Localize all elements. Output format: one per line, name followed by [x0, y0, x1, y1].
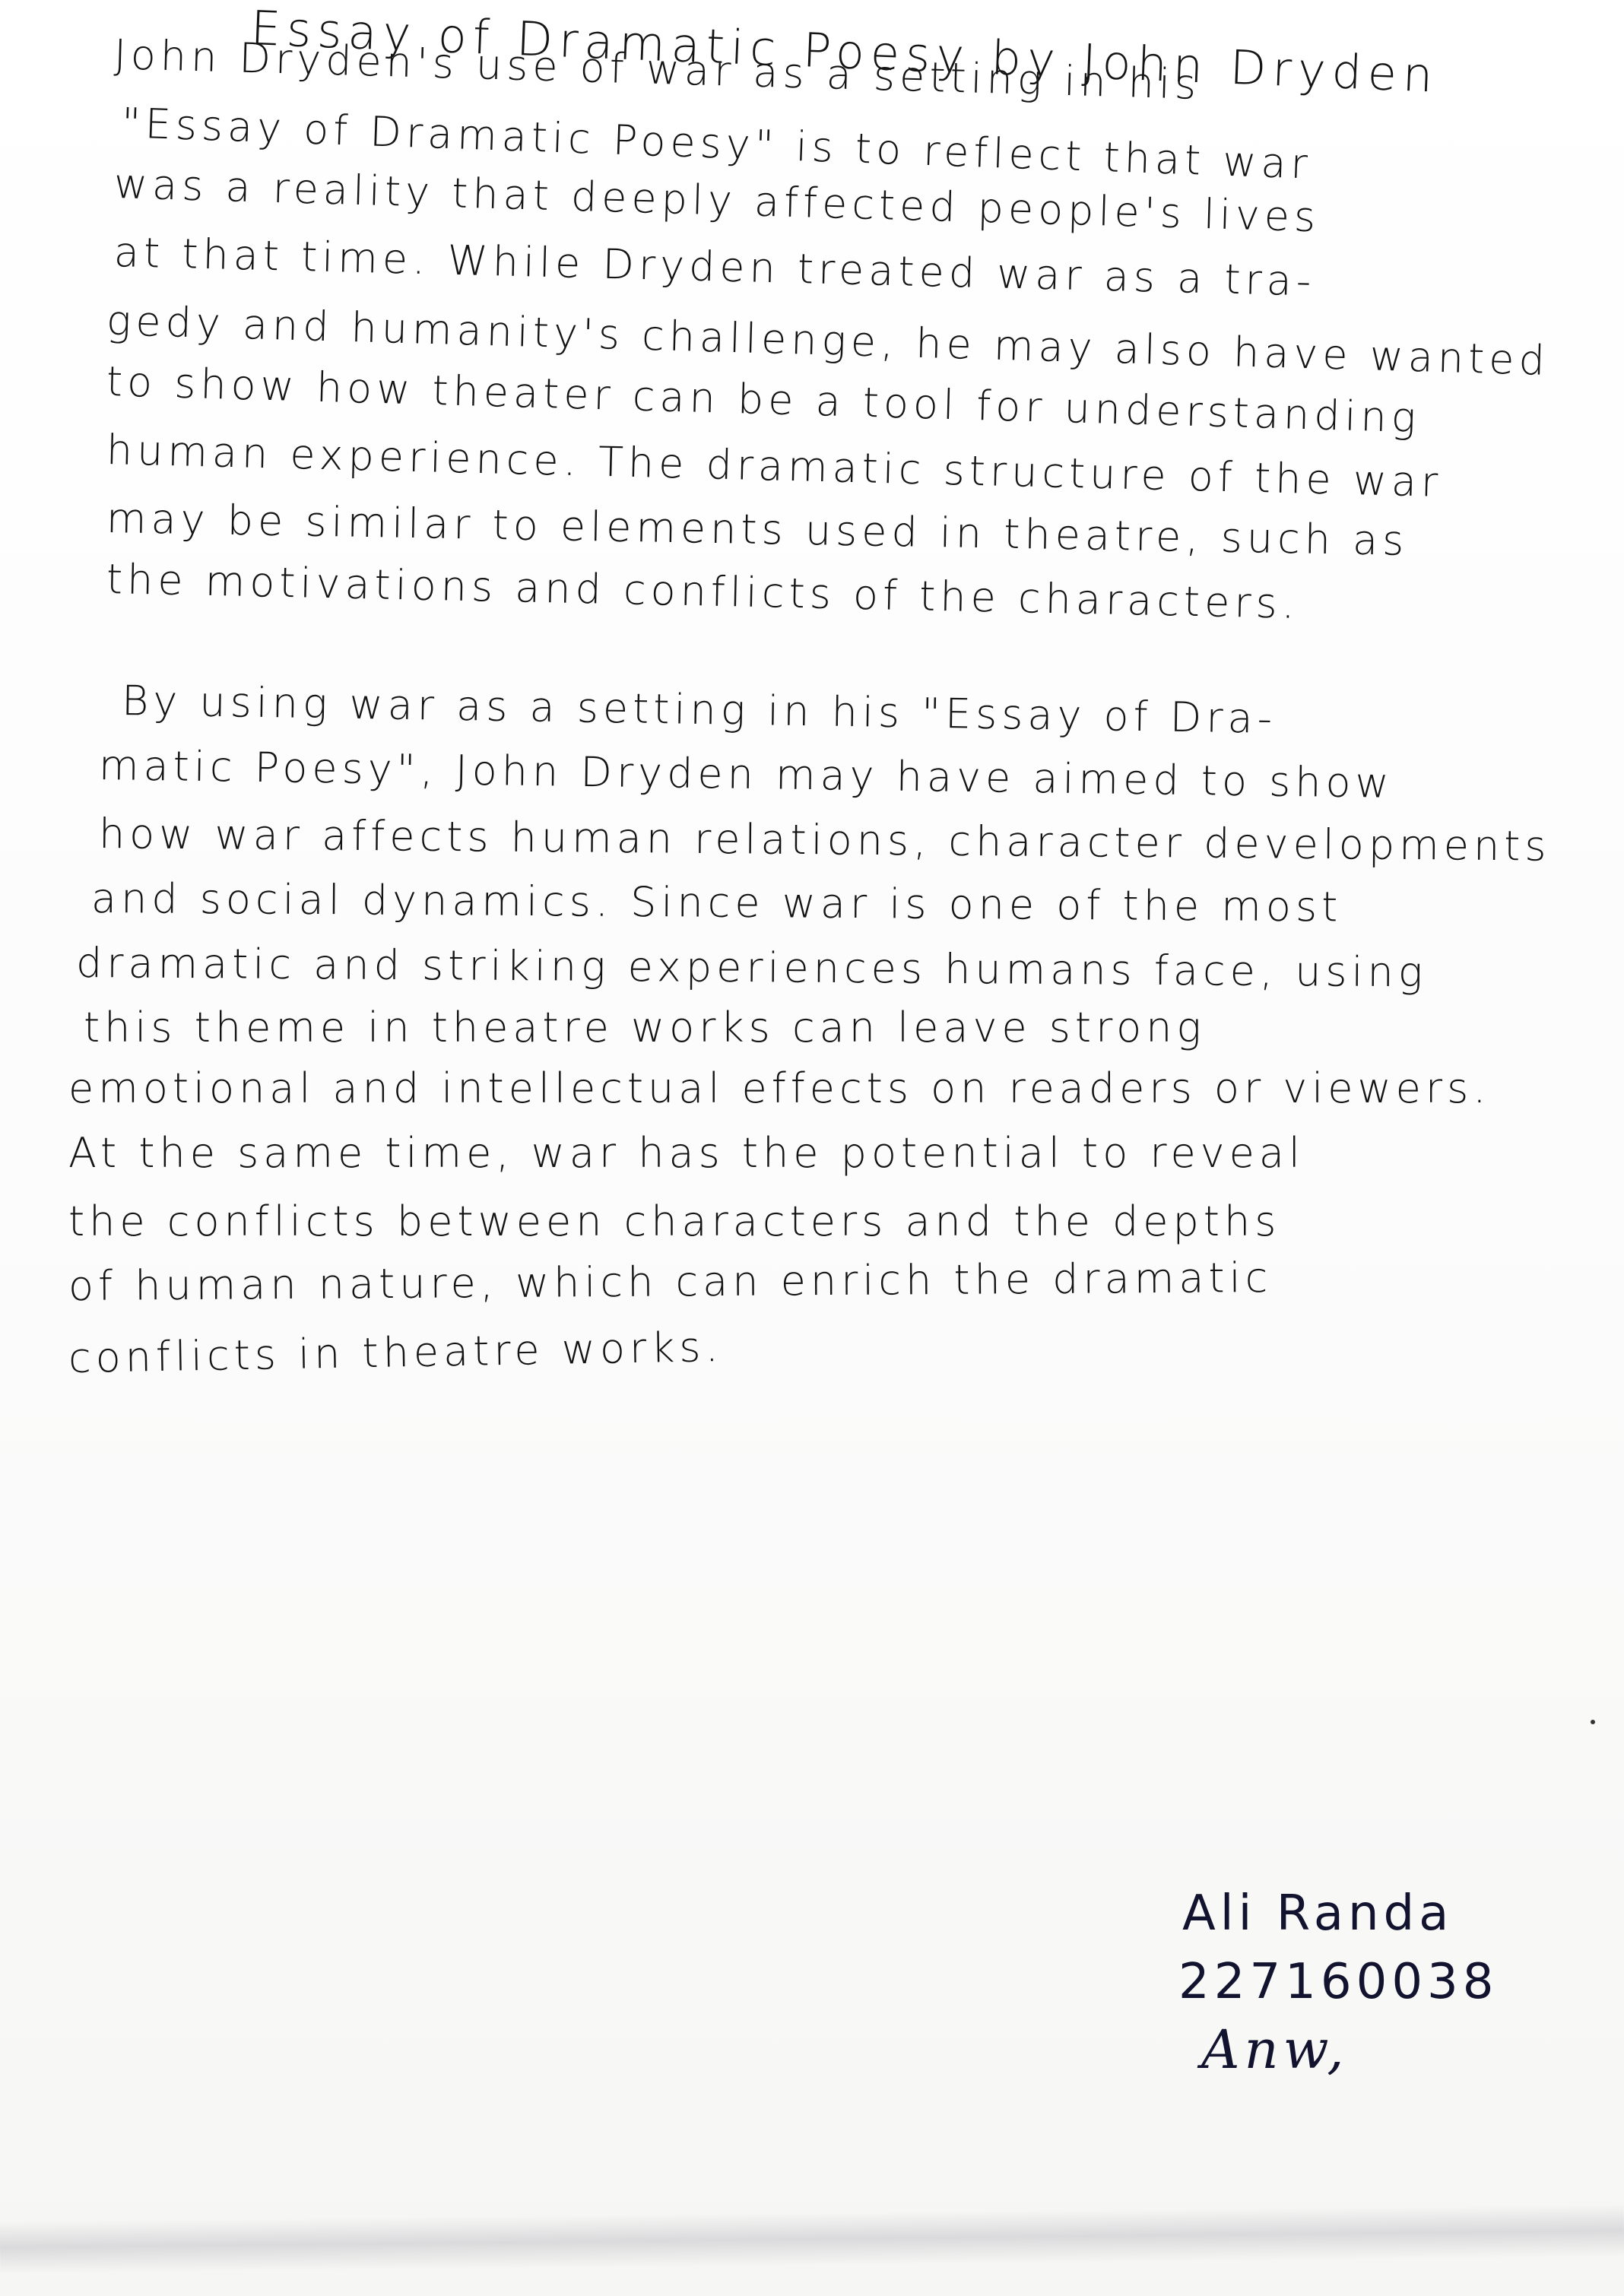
ink-dot	[1591, 1720, 1595, 1724]
handwritten-page: Essay of Dramatic Poesy by John Dryden J…	[0, 0, 1624, 2296]
text-line: At the same time, war has the potential …	[68, 1129, 1305, 1177]
author-name: Ali Randa	[1182, 1885, 1453, 1942]
student-id: 227160038	[1178, 1954, 1498, 2010]
text-line: emotional and intellectual effects on re…	[68, 1064, 1490, 1112]
text-line: of human nature, which can enrich the dr…	[68, 1254, 1273, 1310]
text-line: and social dynamics. Since war is one of…	[91, 874, 1343, 931]
text-line: at that time. While Dryden treated war a…	[113, 228, 1316, 306]
text-line: dramatic and striking experiences humans…	[76, 939, 1428, 996]
text-line: By using war as a setting in his "Essay …	[122, 677, 1277, 743]
text-line: this theme in theatre works can leave st…	[84, 1004, 1206, 1051]
text-line: matic Poesy", John Dryden may have aimed…	[99, 741, 1394, 807]
text-line: the motivations and conflicts of the cha…	[106, 555, 1299, 628]
text-line: conflicts in theatre works.	[68, 1323, 723, 1382]
paper-fold-shadow	[0, 2204, 1624, 2274]
text-line: how war affects human relations, charact…	[99, 810, 1551, 871]
text-line: the conflicts between characters and the…	[68, 1197, 1280, 1245]
signature-scribble: Anw,	[1201, 2019, 1349, 2081]
text-line: may be similar to elements used in theat…	[106, 494, 1408, 565]
text-line: human experience. The dramatic structure…	[106, 426, 1443, 506]
